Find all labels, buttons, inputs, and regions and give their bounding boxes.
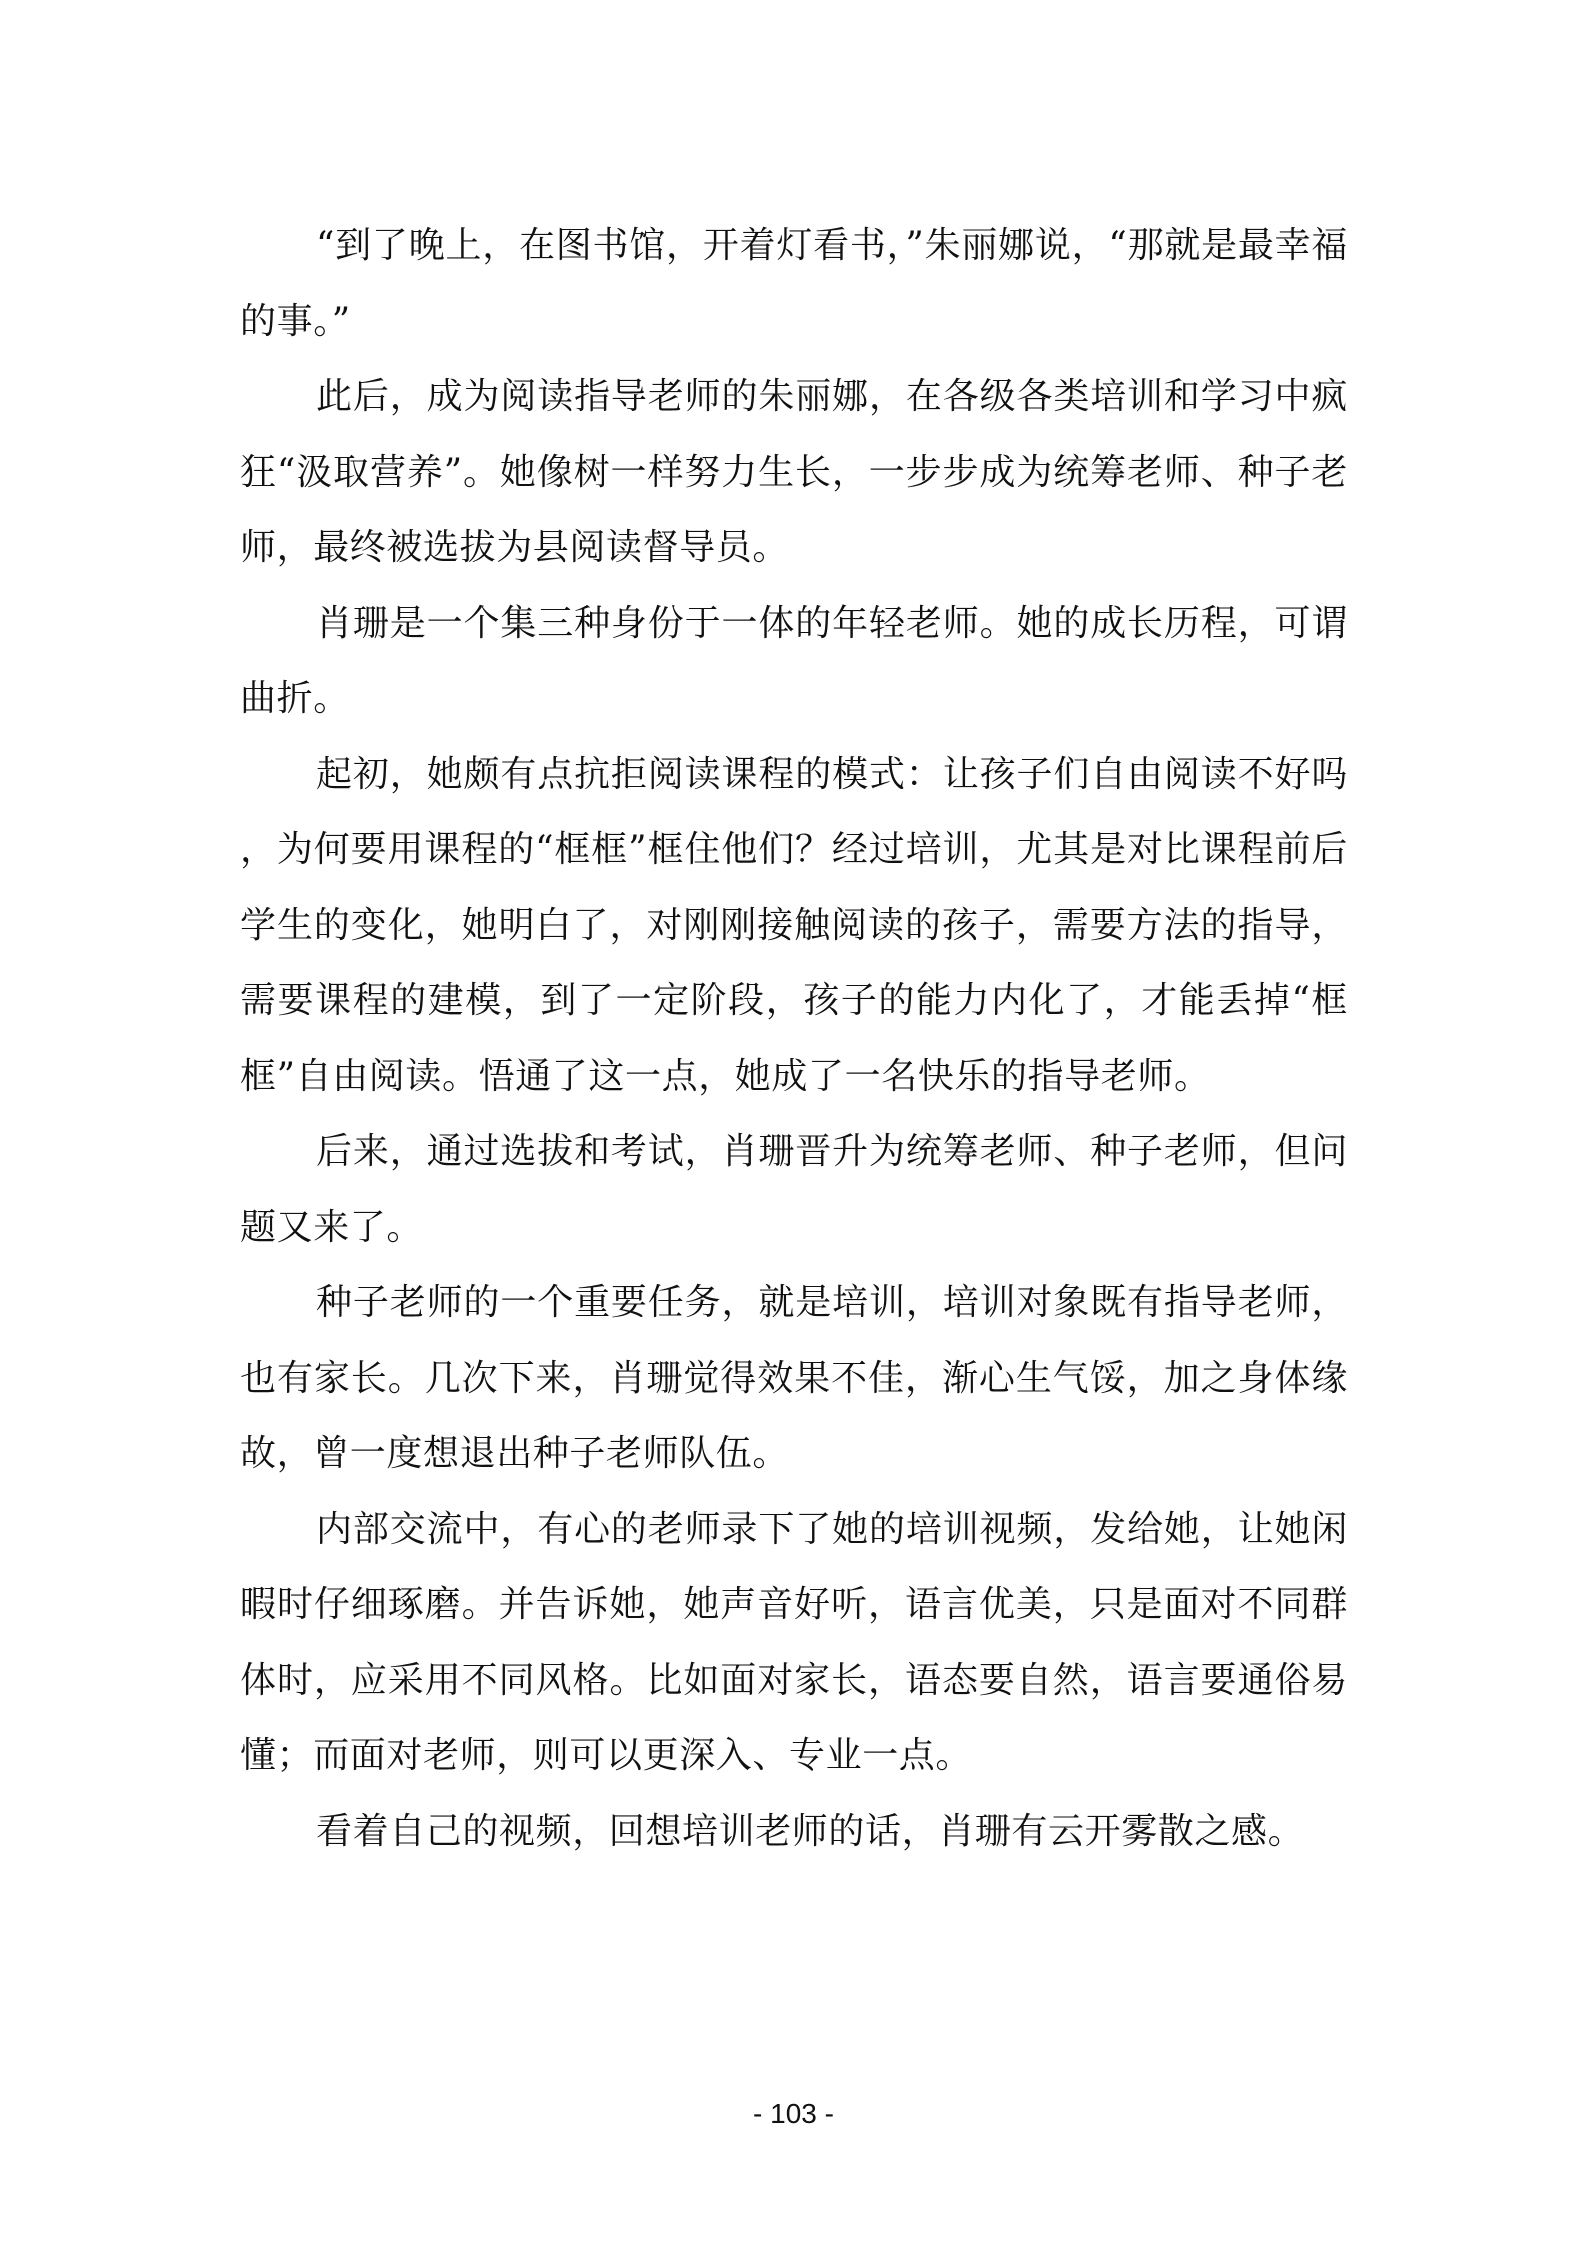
paragraph-7: 内部交流中，有心的老师录下了她的培训视频，发给她，让她闲暇时仔细琢磨。并告诉她，… — [240, 1492, 1348, 1794]
paragraph-8: 看着自己的视频，回想培训老师的话，肖珊有云开雾散之感。 — [240, 1794, 1348, 1870]
paragraph-6: 种子老师的一个重要任务，就是培训，培训对象既有指导老师，也有家长。几次下来，肖珊… — [240, 1265, 1348, 1492]
page-number: - 103 - — [0, 2098, 1587, 2130]
document-body: “到了晚上，在图书馆，开着灯看书，”朱丽娜说，“那就是最幸福的事。” 此后，成为… — [240, 208, 1348, 1869]
paragraph-2: 此后，成为阅读指导老师的朱丽娜，在各级各类培训和学习中疯狂“汲取营养”。她像树一… — [240, 359, 1348, 586]
paragraph-5: 后来，通过选拔和考试，肖珊晋升为统筹老师、种子老师，但问题又来了。 — [240, 1114, 1348, 1265]
paragraph-4: 起初，她颇有点抗拒阅读课程的模式：让孩子们自由阅读不好吗，为何要用课程的“框框”… — [240, 737, 1348, 1115]
paragraph-3: 肖珊是一个集三种身份于一体的年轻老师。她的成长历程，可谓曲折。 — [240, 586, 1348, 737]
paragraph-1: “到了晚上，在图书馆，开着灯看书，”朱丽娜说，“那就是最幸福的事。” — [240, 208, 1348, 359]
